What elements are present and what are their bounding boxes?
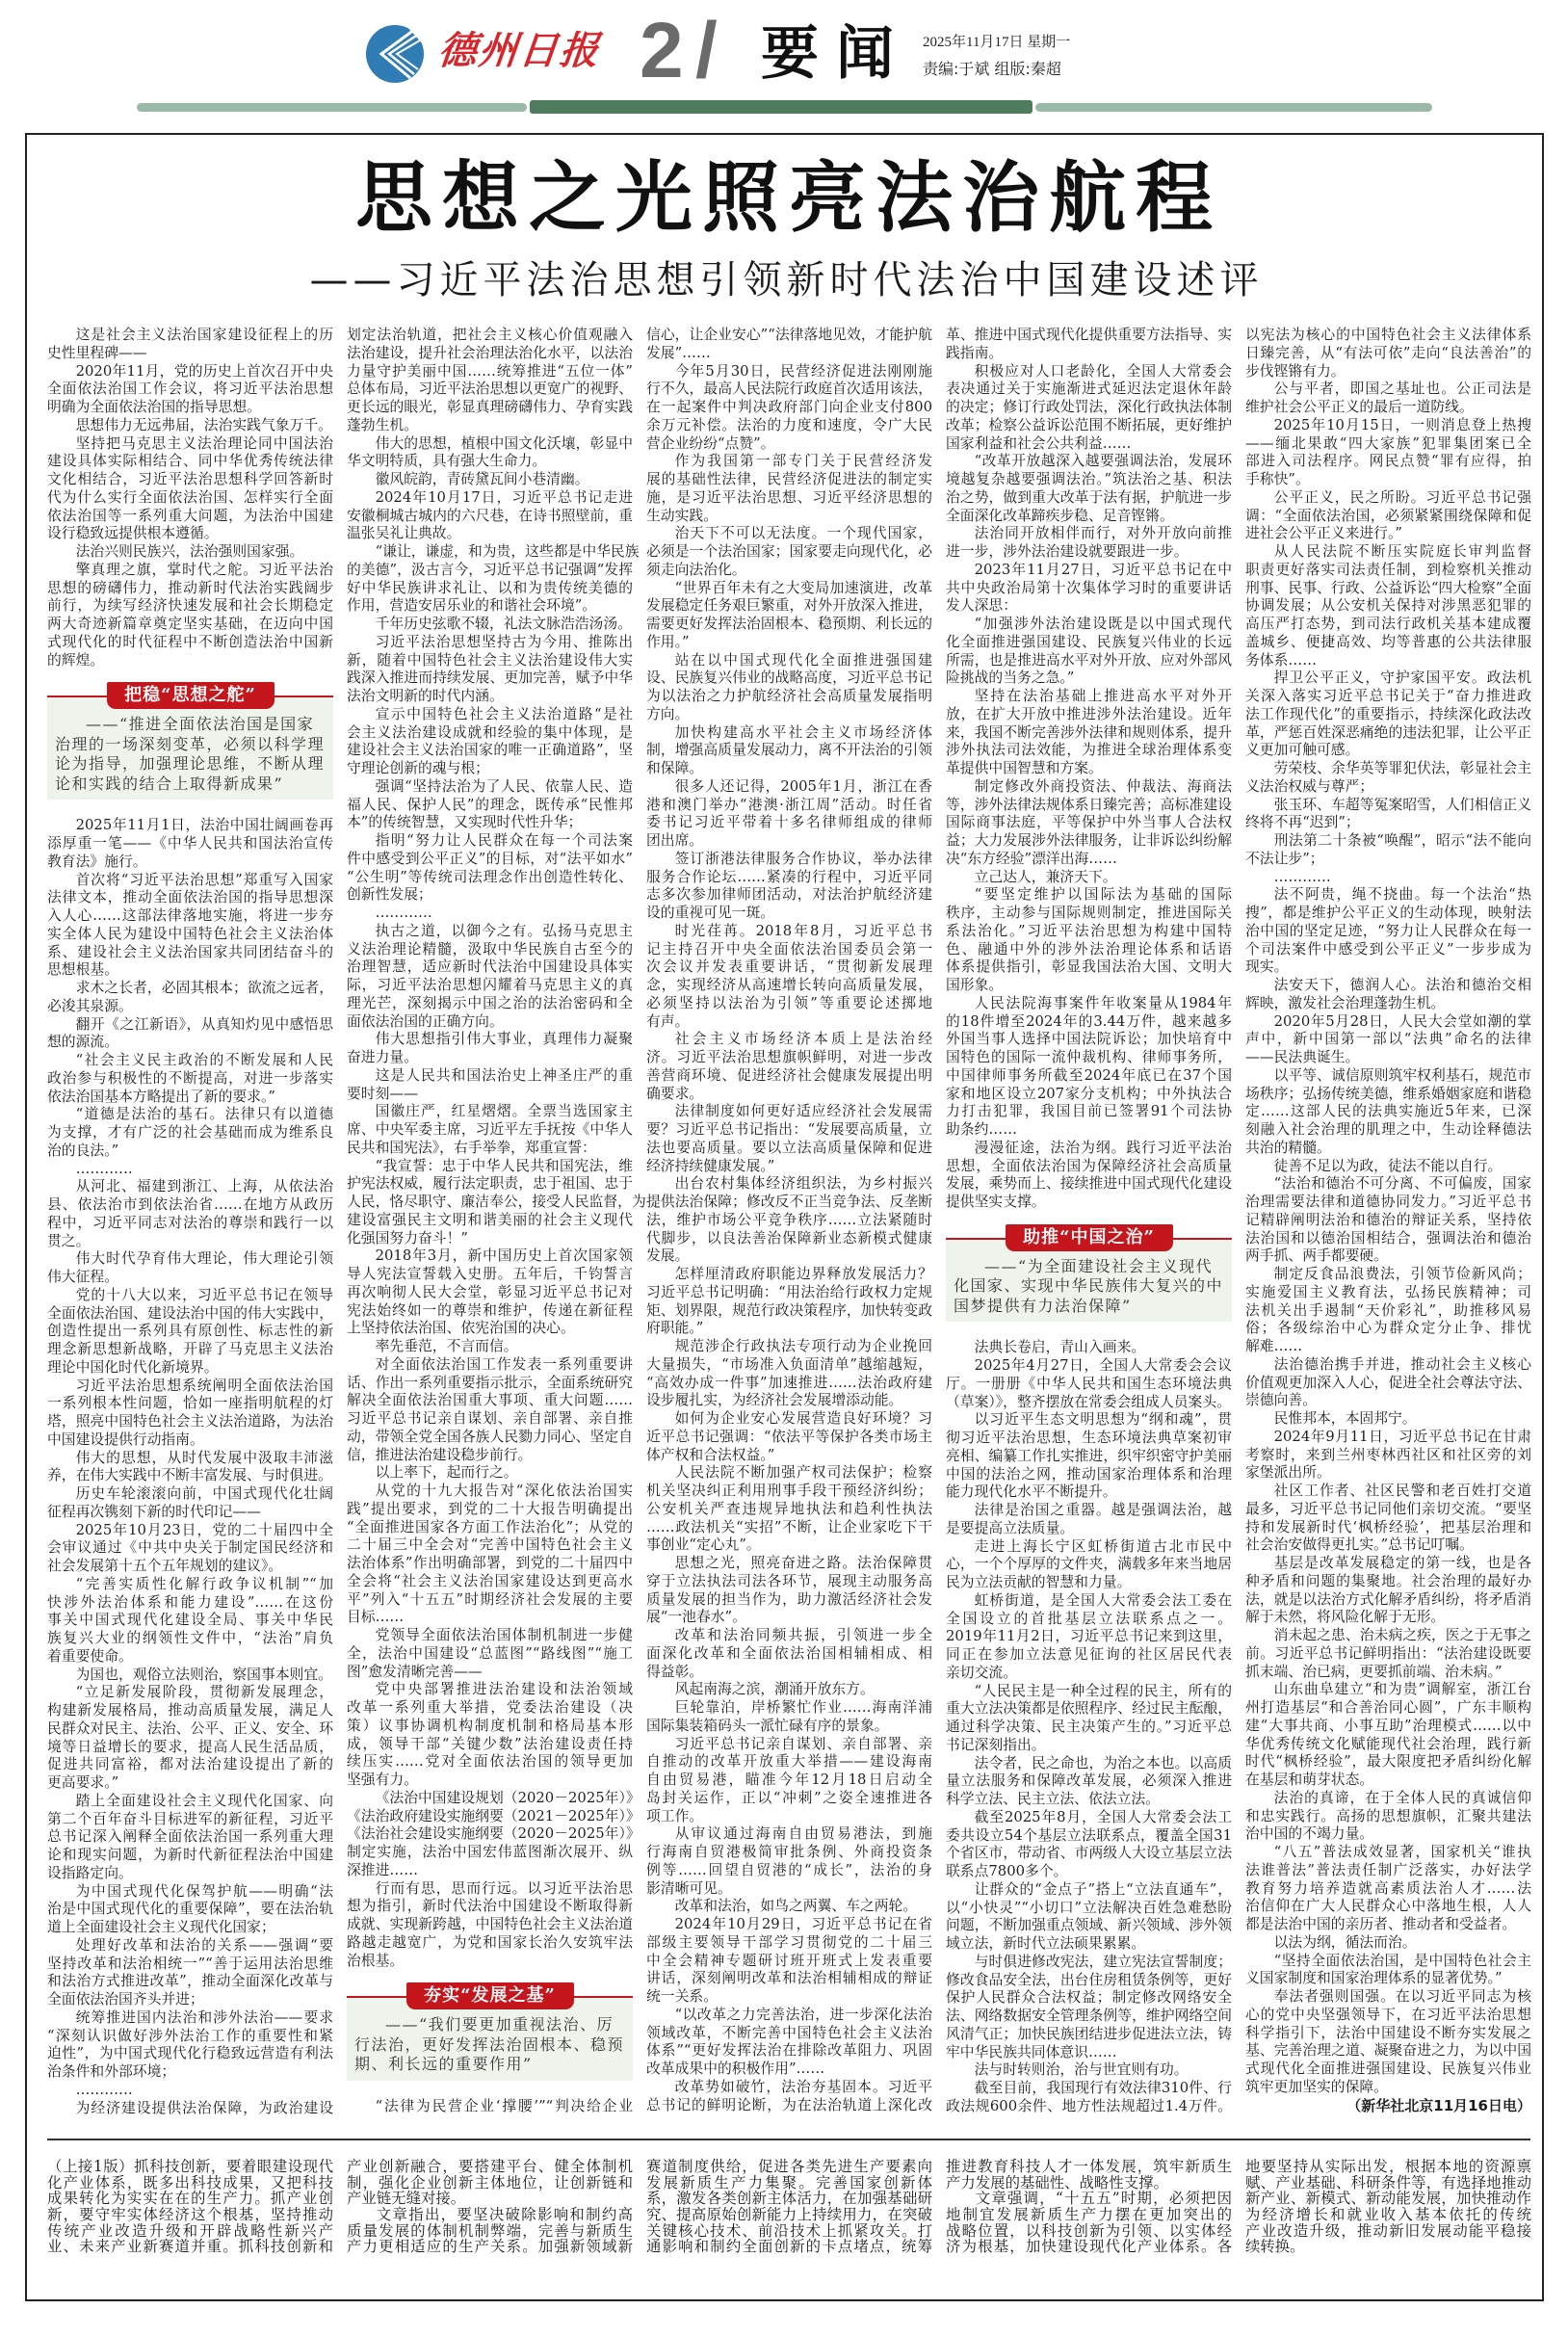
paragraph: 立己达人，兼济天下。 (946, 869, 1232, 887)
text-line: 劳荣枝、余华英等罪犯伏法，彰显社会主 (1245, 760, 1531, 778)
text-line: 体系”“更好发挥法治在排除改革阻力、巩固 (646, 2042, 932, 2060)
text-line: 项工作。 (646, 1808, 932, 1826)
text-line: 前行，为续写经济快速发展和社会长期稳定 (47, 597, 333, 616)
text-line: 法治同开放相伴而行，对外开放向前推 (946, 525, 1232, 543)
paragraph: 改革势如破竹，法治夯基固本。习近平总书记的鲜明论断，为在法治轨道上深化改 (646, 2079, 932, 2115)
text-line: 坚持改革和法治相统一”“善于运用法治思维 (47, 1955, 333, 1974)
text-line: 好中华民族讲求礼让、以和为贵传统美德的 (347, 580, 633, 598)
text-line: 步伐铿锵有力。 (1245, 363, 1531, 381)
text-line: 在一起案件中判决政府部门向企业支付800 (646, 399, 932, 417)
paragraph: 思想之光，照亮奋进之路。法治保障贯穿于立法执法司法各环节，展现主动服务高质量发展… (646, 1555, 932, 1627)
text-line: 际，习近平法治思想闪耀着马克思主义的真 (347, 977, 633, 995)
text-line: 部级主要领导干部学习贯彻党的二十届三 (646, 1934, 932, 1953)
text-line: 施，是习近平法治思想、习近平经济思想的 (646, 489, 932, 508)
paragraph: 党中央部署推进法治建设和法治领域改革一系列重大举措，党委法治建设（决策）议事协调… (347, 1681, 633, 1790)
text-line: 促进共同富裕，都对法治建设提出了新的 (47, 1756, 333, 1774)
text-line: 建设具体实际相结合、同中华优秀传统法律 (47, 453, 333, 471)
text-line: 国形象。 (946, 977, 1232, 995)
paragraph: 人民法院不断加强产权司法保护；检察机关坚决纠正利用刑事手段干预经济纠纷；公安机关… (646, 1464, 932, 1555)
text-line: 国家利益和社会公共利益…… (946, 435, 1232, 454)
paragraph: 治天下不可以无法度。一个现代国家，必须是一个法治国家；国家要走向现代化，必须走向… (646, 525, 932, 579)
text-line: 化产业体系，既多出科技成果，又把科技 (47, 2175, 333, 2192)
text-line: 漫漫征途，法治为纲。践行习近平法治 (946, 1140, 1232, 1158)
text-line: 化强国努力奋斗！” (347, 1230, 633, 1248)
paragraph: 积极应对人口老龄化，全国人大常委会表决通过关于实施渐进式延迟法定退休年龄的决定；… (946, 363, 1232, 454)
text-line: “我宣誓：忠于中华人民共和国宪法，维 (347, 1158, 633, 1176)
text-line: 关深入落实习近平总书记关于“奋力推进政 (1245, 688, 1531, 706)
text-line: 团出席。 (646, 832, 932, 851)
text-line: 行海南自贸港极简审批条例、外商投资条 (646, 1844, 932, 1862)
text-line: 生动实践。 (646, 508, 932, 526)
paragraph: 法安天下，德润人心。法治和德治交相辉映，激发社会治理蓬勃生机。 (1245, 977, 1531, 1013)
text-line: 习近平总书记明确：“用法治给行政权力定规 (646, 1284, 932, 1302)
text-line: 法谁普法”普法责任制广泛落实，办好法学 (1245, 1862, 1531, 1880)
paragraph: 从人民法院不断压实院庭长审判监督职责更好落实司法责任制，到检察机关推动刑事、民事… (1245, 543, 1531, 669)
text-line: 全面依法治国齐头并进； (47, 1991, 333, 2009)
text-line: 修改食品安全法，出台住房租赁条例等，更好 (946, 1972, 1232, 1990)
paragraph: “谦让，谦虚，和为贵，这些都是中华民族的美德”，汲古言今，习近平总书记强调“发挥… (347, 543, 633, 616)
paragraph: 习近平法治思想系统阐明全面依法治国一系列根本性问题，恰如一座指明航程的灯塔，照亮… (47, 1378, 333, 1450)
paragraph: 劳荣枝、余华英等罪犯伏法，彰显社会主义法治权威与尊严； (1245, 760, 1531, 797)
text-line: 余万元补偿。法治的力度和速度，令广大民 (646, 417, 932, 435)
text-line: 厅。一册册《中华人民共和国生态环境法典 (946, 1376, 1232, 1394)
text-line: 治理智慧，适应新时代法治中国建设具体实 (347, 958, 633, 977)
text-line: 维护社会公平正义的最后一道防线。 (1245, 399, 1531, 417)
text-line: 处理好改革和法治的关系——强调“要 (47, 1937, 333, 1955)
paragraph: “完善实质性化解行政争议机制”“加快涉外法治体系和能力建设”……在这份事关中国式… (47, 1576, 333, 1667)
paragraph: 以平等、诚信原则筑牢权利基石，规范市场秩序；弘扬传统美德，维系婚姻家庭和谐稳定…… (1245, 1067, 1531, 1158)
text-line: 中国律师事务所截至2024年底已在37个国 (946, 1067, 1232, 1086)
text-line: 制定反食品浪费法，引领节俭新风尚； (1245, 1266, 1531, 1284)
text-line: 法律文本，推动全面依法治国的指导思想深 (47, 889, 333, 907)
paragraph: 以法为纲，循法而治。 (1245, 1934, 1531, 1953)
text-line: 解难…… (1245, 1338, 1531, 1356)
text-line: 秩序，主动参与国际规则制定，推进国际关 (946, 905, 1232, 923)
text-line: “世界百年未有之大变局加速演进，改革 (646, 580, 932, 598)
text-line: “以改革之力完善法治，进一步深化法治 (646, 2007, 932, 2025)
text-line: 济为根基，加快建设现代化产业体系。各 (946, 2239, 1232, 2255)
text-line: 赋、产业基础、科研条件等，有选择地推动 (1245, 2175, 1531, 2192)
text-line: 亮相、编纂工作扎实推进，织牢织密守护美丽 (946, 1448, 1232, 1466)
text-line: 以上率下，起而行之。 (347, 1464, 633, 1483)
text-line: 社会治安做得更扎实。”总书记叮嘱。 (1245, 1536, 1531, 1555)
paragraph: 以习近平生态文明思想为“纲和魂”，贯彻习近平法治思想，生态环境法典草案初审亮相、… (946, 1411, 1232, 1502)
text-line: 以习近平生态文明思想为“纲和魂”，贯 (946, 1411, 1232, 1430)
text-line: “八五”普法成效显著，国家机关“谁执 (1245, 1844, 1531, 1862)
text-line: 成就、实现新跨越，中国特色社会主义法治道 (347, 1916, 633, 1934)
text-line: 改革和法治，如鸟之两翼、车之两轮。 (646, 1898, 932, 1916)
text-line: 依法治国等一系列重大问题，为法治中国建 (47, 508, 333, 526)
text-line: 推进教育科技人才一体发展，筑牢新质生 (946, 2159, 1232, 2175)
paragraph: “法治和德治不可分离、不可偏废，国家治理需要法律和道德协同发力。”习近平总书记精… (1245, 1175, 1531, 1266)
text-line: 最多，习近平总书记同他们亲切交流。“要坚 (1245, 1501, 1531, 1519)
text-line: 事关中国式现代化建设全局、事关中华民 (47, 1612, 333, 1630)
masthead-rule-left (137, 103, 527, 112)
text-line: 种矛盾和问题的集聚地。社会治理的最好办 (1245, 1573, 1531, 1591)
text-line: 全会将“社会主义法治国家建设达到更高水 (347, 1573, 633, 1591)
paragraph: 站在以中国式现代化全面推进强国建设、民族复兴伟业的战略高度，习近平总书记为以法治… (646, 652, 932, 724)
text-line: 讲话，深刻阐明改革和法治相辅相成的辩证 (646, 1970, 932, 1988)
paragraph: 行而有思，思而行远。以习近平法治思想为指引，新时代法治中国建设不断取得新成就、实… (347, 1880, 633, 1971)
text-line: “公生明”等传统司法理念作出创造性转化、 (347, 869, 633, 887)
newspaper-logo-icon (366, 22, 426, 84)
text-line: 如何为企业安心发展营造良好环境？习 (646, 1410, 932, 1429)
text-line: 成，领导干部“关键少数”法治建设责任持 (347, 1736, 633, 1754)
paragraph: 首次将“习近平法治思想”郑重写入国家法律文本，推动全面依法治国的指导思想深入人心… (47, 872, 333, 981)
text-line: 行不久，最高人民法院行政庭首次适用该法， (646, 381, 932, 399)
text-line: 来，我国不断完善涉外法律和规则体系，提升 (946, 724, 1232, 743)
text-line: 治中国的坚定足迹，“努力让人民群众在每一 (1245, 923, 1531, 941)
paragraph: 公与平者，即国之基址也。公正司法是维护社会公平正义的最后一道防线。 (1245, 381, 1531, 417)
text-line: 价值观更加深入人心，促进全社会尊法守法、 (1245, 1375, 1531, 1393)
text-line: 牢中华民族共同体意识…… (946, 2044, 1232, 2062)
quote-line: 行法治，更好发挥法治固根本、稳预 (354, 2035, 625, 2056)
paragraph: 划定法治轨道，把社会主义核心价值观融入法治建设，提升社会治理法治化水平，以法治力… (347, 327, 633, 435)
text-line: 问题，不断加强重点领域、新兴领域、涉外领 (946, 1917, 1232, 1935)
text-line: 得益彰。 (646, 1664, 932, 1682)
text-line: 发展。 (646, 1247, 932, 1266)
text-line: 济。习近平法治思想旗帜鲜明，对进一步改 (646, 1049, 932, 1067)
text-line: 历史车轮滚滚向前，中国式现代化壮阔 (47, 1485, 333, 1504)
paragraph: 走进上海长宁区虹桥街道古北市民中心，一个个厚厚的文件夹，满载多年来当地居民为立法… (946, 1538, 1232, 1592)
article-column-1: 这是社会主义法治国家建设征程上的历史性里程碑——2020年11月，党的历史上首次… (47, 327, 333, 2117)
text-line: 现实。 (1245, 958, 1531, 977)
text-line: 福人民、保护人民”的理念，既传承“民惟邦 (347, 797, 633, 815)
text-line: 筑牢更加坚实的保障。 (1245, 2079, 1531, 2097)
text-line: 截至2025年8月，全国人大常委会法工 (946, 1809, 1232, 1827)
text-line: 共治的精髓。 (1245, 1140, 1531, 1158)
text-line: 导人宪法宣誓载入史册。五年后，千钧誓言 (347, 1266, 633, 1284)
text-line: 史性里程碑—— (47, 345, 333, 363)
paragraph: 统筹推进国内法治和涉外法治——要求“深刻认识做好涉外法治工作的重要性和紧迫性”，… (47, 2009, 333, 2082)
paragraph: ………… (47, 2082, 333, 2100)
paragraph: 产业创新融合，要搭建平台、健全体制机制，强化企业创新主体地位，让创新链和产业链无… (347, 2159, 633, 2207)
text-line: 能力现代化水平不断提升。 (946, 1483, 1232, 1502)
text-line: 程中，习近平同志对法治的尊崇和践行一以 (47, 1215, 333, 1233)
text-line: 法治建设，提升社会治理法治化水平，以法治 (347, 345, 633, 363)
text-line: 让群众的“金点子”搭上“立法直通车”， (946, 1881, 1232, 1900)
text-line: “人民民主是一种全过程的民主，所有的 (946, 1683, 1232, 1701)
quote-line: 期、利长远的重要作用” (354, 2055, 625, 2075)
paragraph: （上接1版）抓科技创新，要着眼建设现代化产业体系，既多出科技成果，又把科技成果转… (47, 2159, 333, 2255)
text-line: 更高要求。” (47, 1774, 333, 1793)
text-line: 规范涉企行政执法专项行动为企业挽回 (646, 1338, 932, 1356)
paper-name: 德州日报 (435, 19, 604, 83)
text-line: 境等日益增长的要求，提高人民生活品质， (47, 1739, 333, 1757)
paragraph: 求木之长者，必固其根本；欲流之远者，必浚其泉源。 (47, 980, 333, 1016)
text-line: 制，强化企业创新主体地位，让创新链和 (347, 2175, 633, 2192)
text-line: 指明“努力让人民群众在每一个司法案 (347, 832, 633, 851)
text-line: 着重要使命。 (47, 1648, 333, 1667)
text-line: 亲切交流。 (946, 1665, 1232, 1683)
text-line: 伟大思想指引伟大事业，真理伟力凝聚 (347, 1031, 633, 1049)
text-line: 治之势，做到重大改革于法有据，护航进一步 (946, 489, 1232, 508)
text-line: 助条约…… (946, 1121, 1232, 1140)
paragraph: “社会主义民主政治的不断发展和人民政治参与积极性的不断提高，对进一步落实依法治国… (47, 1052, 333, 1106)
paragraph: 习近平总书记亲自谋划、亲自部署、亲自推动的改革开放重大举措——建设海南自由贸易港… (646, 1736, 932, 1826)
text-line: 港和澳门举办“港澳·浙江周”活动。时任省 (646, 797, 932, 815)
text-line: 积极应对人口老龄化，全国人大常委会 (946, 363, 1232, 381)
paragraph: 徒善不足以为政，徒法不能以自行。 (1245, 1158, 1531, 1176)
text-line: 联系点7800多个。 (946, 1863, 1232, 1881)
text-line: 中全会精神专题研讨班开班式上发表重要 (646, 1953, 932, 1971)
text-line: 2024年10月29日，习近平总书记在省 (646, 1916, 932, 1934)
text-line: 法治的真谛，在于全体人民的真诚信仰 (1245, 1790, 1531, 1808)
text-line: 公平正义，民之所盼。习近平总书记强 (1245, 489, 1531, 508)
paragraph: 加快构建高水平社会主义市场经济体制，增强高质量发展动力，离不开法治的引领和保障。 (646, 724, 932, 778)
text-line: 务体系…… (1245, 652, 1531, 670)
text-line: 怎样厘清政府职能边界释放发展活力？ (646, 1266, 932, 1284)
masthead-rule-center (530, 100, 1032, 114)
text-line: 法、网络数据安全管理条例等，维护网络空间 (946, 2008, 1232, 2026)
text-line: 政法规600余件、地方性法规超过1.4万件。 (946, 2098, 1232, 2116)
text-line: 二十届三中全会对“完善中国特色社会主义 (347, 1536, 633, 1555)
text-line: 虹桥街道，是全国人大常委会法工委在 (946, 1592, 1232, 1611)
text-line: “坚持全面依法治国，是中国特色社会主 (1245, 1953, 1531, 1971)
text-line: 义更加可触可感。 (1245, 742, 1531, 760)
text-line: 2025年4月27日，全国人大常委会会议 (946, 1357, 1232, 1376)
text-line: 2025年10月15日，一则消息登上热搜 (1245, 417, 1531, 435)
text-line: 的美德”，汲古言今，习近平总书记强调“发挥 (347, 562, 633, 580)
text-line: 2024年9月11日，习近平总书记在甘肃 (1245, 1429, 1531, 1447)
text-line: 民惟邦本，本固邦宁。 (1245, 1410, 1531, 1429)
text-line: 创造性提出一系列具有原创性、标志性的新 (47, 1323, 333, 1341)
paragraph: 翻开《之江新语》，从真知灼见中感悟思想的源流。 (47, 1016, 333, 1053)
text-line: 改革一系列重大举措，党委法治建设（决 (347, 1699, 633, 1718)
text-line: 消未起之患、治未病之疾，医之于无事之 (1245, 1627, 1531, 1645)
text-line: 前。习近平总书记鲜明指出：“法治建设既要 (1245, 1645, 1531, 1664)
text-line: 发展稳定任务艰巨繁重，对外开放深入推进， (646, 597, 932, 616)
text-line: 时代“枫桥经验”，最大限度把矛盾纠纷化解 (1245, 1753, 1531, 1772)
article-column-4: 革、推进中国式现代化提供重要方法指导、实践指南。积极应对人口老龄化，全国人大常委… (946, 327, 1232, 2116)
text-line: 全面依法治国、建设法治中国的伟大实践中， (47, 1305, 333, 1324)
paragraph: 很多人还记得，2005年1月，浙江在香港和澳门举办“港澳·浙江周”活动。时任省委… (646, 778, 932, 851)
paragraph: 与时俱进修改宪法，建立宪法宣誓制度；修改食品安全法，出台住房租赁条例等，更好保护… (946, 1954, 1232, 2062)
paragraph: 宣示中国特色社会主义法治道路“是社会主义法治建设成就和经验的集中体现，是建设社会… (347, 706, 633, 778)
text-line: 塔，照亮中国特色社会主义法治道路，为法治 (47, 1413, 333, 1431)
text-line: 思想根基。 (47, 961, 333, 980)
text-line: 明确为全面依法治国的指导思想。 (47, 399, 333, 417)
text-line: 《法治社会建设实施纲要（2020－2025年）》 (347, 1825, 633, 1844)
article-column-3: 信心，让企业安心”“法律落地见效，才能护航发展”……今年5月30日，民营经济促进… (646, 327, 932, 2114)
section-name: 要闻 (761, 19, 911, 89)
text-line: 设、民族复兴伟业的战略高度，习近平总书记 (646, 669, 932, 688)
text-line: 盖城乡、便捷高效、均等普惠的公共法律服 (1245, 634, 1531, 652)
text-line: 文化相结合，习近平法治思想科学回答新时 (47, 471, 333, 489)
text-line: 人民法院海事案件年收案量从1984年 (946, 995, 1232, 1013)
text-line: 是要提高立法质量。 (946, 1520, 1232, 1538)
text-line: 续压实……党对全面依法治国的领导更加 (347, 1753, 633, 1772)
text-line: 境越复杂越要强调法治。”筑法治之基、积法 (946, 471, 1232, 489)
text-line: 改革成果中的积极作用”…… (646, 2060, 932, 2079)
text-line: 革、推进中国式现代化提供重要方法指导、实 (946, 327, 1232, 345)
text-line: 系、建设社会主义法治国家共同团结奋斗的 (47, 944, 333, 962)
text-line: 风起南海之滨，潮涌开放东方。 (646, 1681, 932, 1699)
paragraph: “要坚定维护以国际法为基础的国际秩序，主动参与国际规则制定，推进国际关系法治化。… (946, 886, 1232, 995)
text-line: 基、完善治理之道、凝聚奋进之力，为以中国 (1245, 2042, 1531, 2060)
text-line: 教育法》施行。 (47, 853, 333, 872)
text-line: 国特色的国际一流仲裁机构、律师事务所， (946, 1049, 1232, 1067)
text-line: 体系提供指引，彰显我国法治大国、文明大 (946, 958, 1232, 977)
text-line: 质量发展的担当作为，助力激活经济社会发 (646, 1591, 932, 1610)
paragraph: 这是社会主义法治国家建设征程上的历史性里程碑—— (47, 327, 333, 363)
text-line: 实施爱国主义教育法，弘扬民族精神；司 (1245, 1284, 1531, 1302)
text-line: 养，在伟大实践中不断丰富发展、与时俱进。 (47, 1467, 333, 1485)
text-line: 2024年10月17日，习近平总书记走进 (347, 489, 633, 508)
continuation-column-4: 推进教育科技人才一体发展，筑牢新质生产力发展的基础性、战略性支撑。文章强调，“十… (946, 2159, 1232, 2255)
paragraph: 规范涉企行政执法专项行动为企业挽回大量损失，“市场准入负面清单”越缩越短，“高效… (646, 1338, 932, 1410)
continuation-column-5: 地要坚持从实际出发，根据本地的资源禀赋、产业基础、科研条件等，有选择地推动新产业… (1245, 2159, 1531, 2255)
text-line: 科学立法、民主立法、依法立法。 (946, 1791, 1232, 1809)
text-line: “道德是法治的基石。法律只有以道德 (47, 1106, 333, 1124)
text-line: 调：“全面依法治国，必须紧紧围绕保障和促 (1245, 508, 1531, 526)
text-line: （草案）》，整齐摆放在常委会组成人员案头。 (946, 1394, 1232, 1412)
paragraph: 法律是治国之重器。越是强调法治，越是要提高立法质量。 (946, 1502, 1232, 1538)
text-line: 捍卫公平正义，守护家国平安。政法机 (1245, 669, 1531, 688)
paragraph: 推进教育科技人才一体发展，筑牢新质生产力发展的基础性、战略性支撑。 (946, 2159, 1232, 2191)
text-line: 彻习近平法治思想，生态环境法典草案初审 (946, 1430, 1232, 1448)
paragraph: 伟大的思想，植根中国文化沃壤，彰显中华文明特质，具有强大生命力。 (347, 435, 633, 472)
text-line: 2019年11月2日，习近平总书记来到这里， (946, 1628, 1232, 1646)
editor-credits: 责编:于斌 组版:秦超 (923, 60, 1061, 79)
text-line: 坚持把马克思主义法治理论同中国法治 (47, 435, 333, 454)
paragraph: 出台农村集体经济组织法，为乡村振兴提供法治保障；修改反不正当竞争法、反垄断法，维… (646, 1175, 932, 1266)
paragraph: 2025年4月27日，全国人大常委会会议厅。一册册《中华人民共和国生态环境法典（… (946, 1357, 1232, 1411)
paragraph: ………… (347, 905, 633, 923)
text-line: 新，要守牢实体经济这个根基，坚持推动 (47, 2207, 333, 2223)
text-line: 法治国和以德治国相结合，强调法治和德治 (1245, 1230, 1531, 1248)
continuation-column-1: （上接1版）抓科技创新，要着眼建设现代化产业体系，既多出科技成果，又把科技成果转… (47, 2159, 333, 2255)
text-line: 方向。 (646, 706, 932, 724)
text-line: 以“小快灵”“小切口”立法解决百姓急难愁盼 (946, 1900, 1232, 1918)
text-line: 以平等、诚信原则筑牢权利基石，规范市 (1245, 1067, 1531, 1086)
text-line: 考察时，来到兰州枣林西社区和社区旁的刘 (1245, 1447, 1531, 1465)
text-line: 定……这部人民的法典实施近5年来，已深 (1245, 1103, 1531, 1121)
text-line: 刻融入社会治理的肌理之中，生动诠释德法 (1245, 1121, 1531, 1140)
text-line: 在基层和萌芽状态。 (1245, 1772, 1531, 1790)
paragraph: 如何为企业安心发展营造良好环境？习近平总书记强调：“依法平等保护各类市场主体产权… (646, 1410, 932, 1464)
text-line: 入人心……这部法律落地实施，将进一步夯 (47, 907, 333, 926)
text-line: 部进入司法程序。网民点赞“罪有应得，拍 (1245, 453, 1531, 471)
headline: 思想之光照亮法治航程 (25, 156, 1543, 241)
text-line: 国徽庄严，红星熠熠。全票当选国家主 (347, 1103, 633, 1121)
text-line: 奉法者强则国强。在以习近平同志为核 (1245, 1988, 1531, 2007)
text-line: 保护人民群众合法权益；制定修改网络安全 (946, 1989, 1232, 2008)
text-line: 场秩序；弘扬传统美德，维系婚姻家庭和谐稳 (1245, 1086, 1531, 1104)
paragraph: “我宣誓：忠于中华人民共和国宪法，维护宪法权威，履行法定职责，忠于祖国、忠于人民… (347, 1158, 633, 1248)
text-line: 产力发展的基础性、战略性支撑。 (946, 2175, 1232, 2192)
text-line: 这是社会主义法治国家建设征程上的历 (47, 327, 333, 345)
paragraph: 刑法第二十条被“唤醒”，昭示“法不能向不法让步”； (1245, 832, 1531, 869)
text-line: 委书记习近平带着十多名律师组成的律师 (646, 814, 932, 832)
text-line: 设指路定向。 (47, 1865, 333, 1883)
paragraph: “以改革之力完善法治，进一步深化法治领域改革，不断完善中国特色社会主义法治体系”… (646, 2007, 932, 2079)
paragraph: 强调“坚持法治为了人民、依靠人民、造福人民、保护人民”的理念，既传承“民惟邦本”… (347, 778, 633, 832)
text-line: 求木之长者，必固其根本；欲流之远者， (47, 980, 333, 998)
text-line: 念，实现经济从高速增长转向高质量发展， (646, 977, 932, 995)
text-line: 党的十八大以来，习近平总书记在领导 (47, 1287, 333, 1305)
quote-line: ——“为全面建设社会主义现代 (954, 1257, 1224, 1277)
text-line: 力打击犯罪，我国目前已签署91个司法协 (946, 1103, 1232, 1121)
text-line: 法律制度如何更好适应经济社会发展需 (646, 1103, 932, 1121)
text-line: 领域改革，不断完善中国特色社会主义法治 (646, 2025, 932, 2043)
paragraph: 率先垂范，不言而信。 (347, 1338, 633, 1356)
text-line: 风清气正；加快民族团结进步促进法立法，铸 (946, 2026, 1232, 2044)
text-line: 通过科学决策、民主决策产生的。”习近平总 (946, 1719, 1232, 1737)
text-line: 2018年3月，新中国历史上首次国家领 (347, 1247, 633, 1266)
text-line: 信，推进法治建设稳步前行。 (347, 1447, 633, 1465)
text-line: 产业改造升级，推动新旧发展动能平稳接 (1245, 2223, 1531, 2240)
text-line: 新产业、新模式、新动能发展，加快推动作 (1245, 2191, 1531, 2207)
text-line: 温张吴礼让典故。 (347, 525, 633, 543)
text-line: 记精辟阐明法治和德治的辩证关系，坚持依 (1245, 1212, 1531, 1230)
text-line: 科学指引下，法治中国建设不断夯实发展之 (1245, 2025, 1531, 2043)
text-line: 营企业纷纷“点赞”。 (646, 435, 932, 454)
text-line: 机关坚决纠正利用刑事手段干预经济纠纷； (646, 1483, 932, 1501)
text-line: 坚强有力。 (347, 1772, 633, 1790)
text-line: 法治体系”作出明确部署，到党的二十届四中 (347, 1555, 633, 1573)
text-line: 党领导全面依法治国体制机制进一步健 (347, 1627, 633, 1645)
paragraph: 千年历史弦歌不辍，礼法文脉浩浩汤汤。 (347, 616, 633, 634)
text-line: 化全面推进强国建设、民族复兴伟业的长远 (946, 634, 1232, 652)
text-line: 新，随着中国特色社会主义法治建设伟大实 (347, 652, 633, 670)
text-line: 总体布局，习近平法治思想以更宽广的视野、 (347, 381, 633, 399)
text-line: 个司法案件中感受到公平正义”一步步成为 (1245, 941, 1531, 959)
paragraph: 作为我国第一部专门关于民营经济发展的基础性法律，民营经济促进法的制定实施，是习近… (646, 453, 932, 525)
text-line: 徒善不足以为政，徒法不能以自行。 (1245, 1158, 1531, 1176)
text-line: 华优秀传统文化赋能现代社会治理，践行新 (1245, 1736, 1531, 1754)
text-line: 法，维护市场公平竞争秩序……立法紧随时 (646, 1212, 932, 1230)
text-line: 强调“坚持法治为了人民、依靠人民、造 (347, 778, 633, 797)
paragraph: 改革和法治，如鸟之两翼、车之两轮。 (646, 1898, 932, 1916)
text-line: 对全面依法治国工作发表一系列重要讲 (347, 1356, 633, 1375)
text-line: 事创业“定心丸”。 (646, 1536, 932, 1555)
text-line: 必须是一个法治国家；国家要走向现代化，必 (646, 543, 932, 562)
paragraph: 信心，让企业安心”“法律落地见效，才能护航发展”…… (646, 327, 932, 363)
text-line: 从人民法院不断压实院庭长审判监督 (1245, 543, 1531, 562)
section-header: 助推“中国之治”——“为全面建设社会主义现代化国家、实现中华民族伟大复兴的中国梦… (946, 1224, 1232, 1323)
text-line: 大量损失，“市场准入负面清单”越缩越短， (646, 1356, 932, 1375)
text-line: “立足新发展阶段，贯彻新发展理念， (47, 1684, 333, 1702)
paragraph: 法治的真谛，在于全体人民的真诚信仰和忠实践行。高扬的思想旗帜，汇聚共建法治中国的… (1245, 1790, 1531, 1844)
text-line: 更长远的眼光，彰显真理磅礴伟力、孕育实践 (347, 399, 633, 417)
section-header: 把稳“思想之舵”——“推进全面依法治国是国家治理的一场深刻变革，必须以科学理论为… (47, 682, 333, 800)
text-line: 宣示中国特色社会主义法治道路“是社 (347, 706, 633, 724)
article-column-2: 划定法治轨道，把社会主义核心价值观融入法治建设，提升社会治理法治化水平，以法治力… (347, 327, 633, 2116)
paragraph: 虹桥街道，是全国人大常委会法工委在全国设立的首批基层立法联系点之一。2019年1… (946, 1592, 1232, 1683)
paragraph: 截至目前，我国现行有效法律310件、行政法规600余件、地方性法规超过1.4万件… (946, 2080, 1232, 2116)
text-line: “社会主义民主政治的不断发展和人民 (47, 1052, 333, 1070)
text-line: 2025年11月1日，法治中国壮阔画卷再 (47, 817, 333, 835)
paragraph: “人民民主是一种全过程的民主，所有的重大立法决策都是依照程序、经过民主酝酿，通过… (946, 1683, 1232, 1755)
text-line: 重大立法决策都是依照程序、经过民主酝酿， (946, 1700, 1232, 1719)
paragraph: 坚持在法治基础上推进高水平对外开放，在扩大开放中推进涉外法治建设。近年来，我国不… (946, 688, 1232, 778)
text-line: 发展新质生产力集聚。完善国家创新体 (646, 2175, 932, 2192)
text-line: 心，一个个厚厚的文件夹，满载多年来当地居 (946, 1556, 1232, 1574)
paragraph: 徽风皖韵，青砖黛瓦间小巷清幽。 (347, 471, 633, 489)
text-line: 《法治政府建设实施纲要（2021－2025年）》 (347, 1808, 633, 1826)
issue-date: 2025年11月17日 星期一 (923, 33, 1070, 52)
text-line: 席、中央军委主席，习近平左手抚按《中华人 (347, 1121, 633, 1140)
text-line: 展“一池春水”。 (646, 1609, 932, 1627)
text-line: 构建新发展格局，推动高质量发展，满足人 (47, 1702, 333, 1720)
text-line: 会主义法治建设成就和经验的集中体现，是 (347, 724, 633, 743)
text-line: 山东曲阜建立“和为贵”调解室，浙江台 (1245, 1681, 1531, 1699)
text-line: 奋进力量。 (347, 1049, 633, 1067)
text-line: 外国当事人选择中国法院诉讼；加快培育中 (946, 1031, 1232, 1049)
section-title: 把稳“思想之舵” (107, 682, 274, 709)
text-line: 民群众对民主、法治、公平、正义、安全、环 (47, 1720, 333, 1739)
